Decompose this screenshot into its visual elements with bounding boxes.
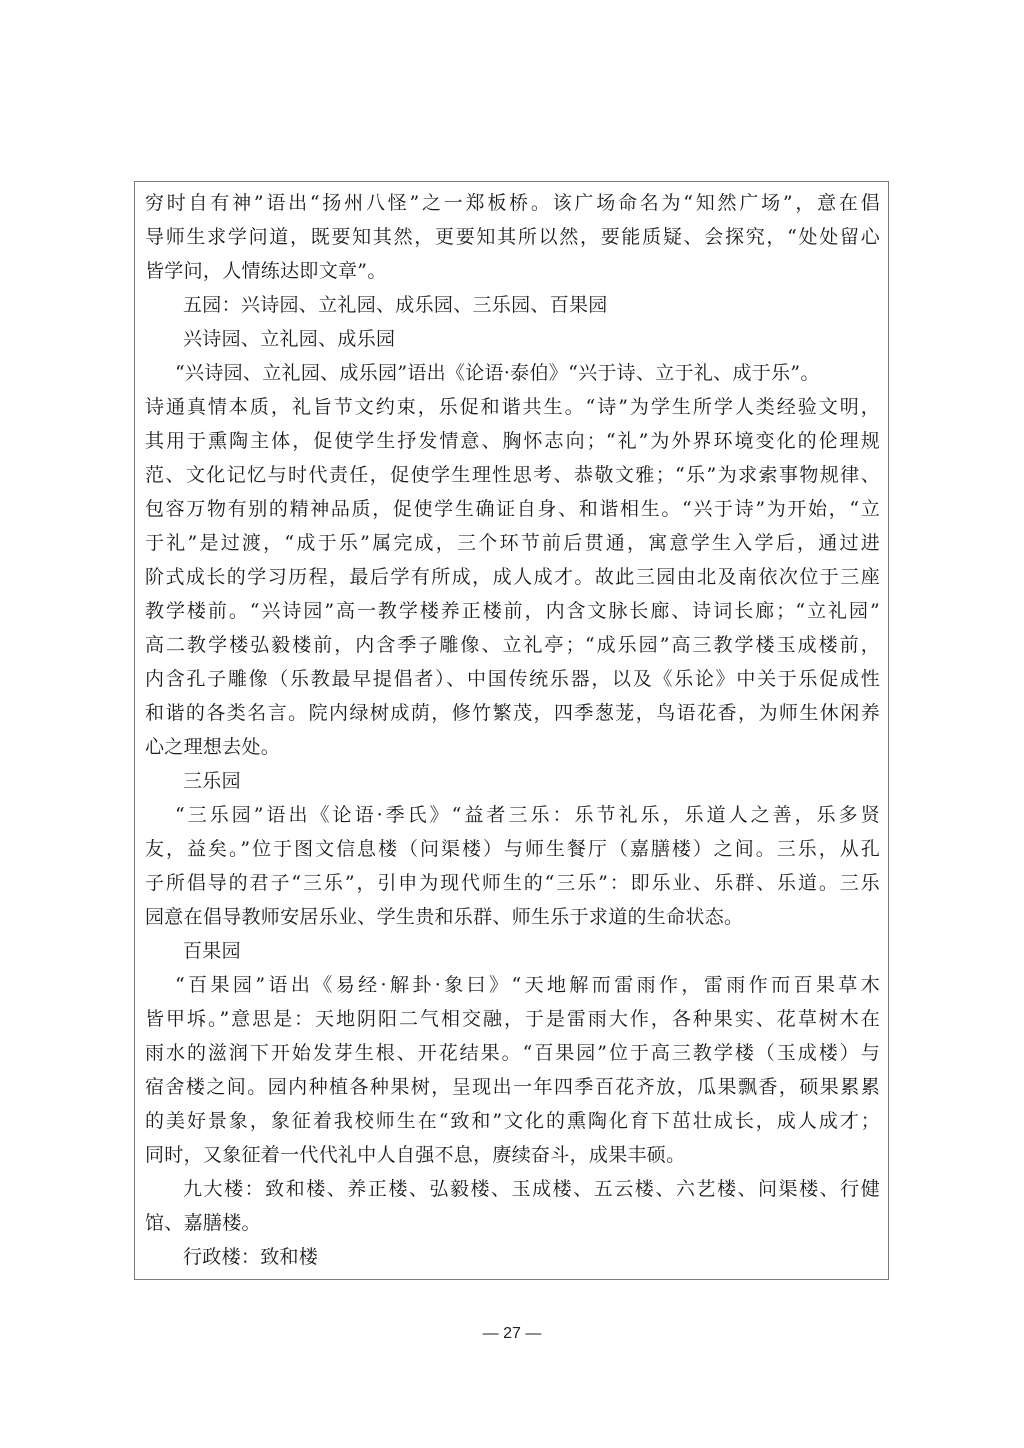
paragraph-line: 馆、嘉膳楼。 bbox=[145, 1206, 880, 1240]
paragraph-line: 导师生求学问道，既要知其然，更要知其所以然，要能质疑、会探究，“处处留心 bbox=[145, 220, 880, 254]
paragraph-line: 诗通真情本质，礼旨节文约束，乐促和谐共生。“诗”为学生所学人类经验文明， bbox=[145, 390, 880, 424]
paragraph-line: 心之理想去处。 bbox=[145, 730, 880, 764]
paragraph-line: 包容万物有别的精神品质，促使学生确证自身、和谐相生。“兴于诗”为开始，“立 bbox=[145, 492, 880, 526]
section-heading-three-gardens: 兴诗园、立礼园、成乐园 bbox=[145, 322, 880, 356]
paragraph-line: 范、文化记忆与时代责任，促使学生理性思考、恭敬文雅；“乐”为求索事物规律、 bbox=[145, 458, 880, 492]
paragraph-line: 子所倡导的君子“三乐”，引申为现代师生的“三乐”：即乐业、乐群、乐道。三乐 bbox=[145, 866, 880, 900]
page-number: — 27 — bbox=[0, 1325, 1024, 1343]
paragraph-line: “百果园”语出《易经·解卦·象曰》“天地解而雷雨作，雷雨作而百果草木 bbox=[145, 968, 880, 1002]
section-heading-baiguo-garden: 百果园 bbox=[145, 934, 880, 968]
paragraph-line: 宿舍楼之间。园内种植各种果树，呈现出一年四季百花齐放，瓜果飘香，硕果累累 bbox=[145, 1070, 880, 1104]
paragraph-line: 园意在倡导教师安居乐业、学生贵和乐群、师生乐于求道的生命状态。 bbox=[145, 900, 880, 934]
section-heading-five-gardens: 五园：兴诗园、立礼园、成乐园、三乐园、百果园 bbox=[145, 288, 880, 322]
paragraph-line: 其用于熏陶主体，促使学生抒发情意、胸怀志向；“礼”为外界环境变化的伦理规 bbox=[145, 424, 880, 458]
paragraph-line: 友，益矣。”位于图文信息楼（问渠楼）与师生餐厅（嘉膳楼）之间。三乐，从孔 bbox=[145, 832, 880, 866]
paragraph-line: “兴诗园、立礼园、成乐园”语出《论语·泰伯》“兴于诗、立于礼、成于乐”。 bbox=[145, 356, 880, 390]
document-body: 穷时自有神”语出“扬州八怪”之一郑板桥。该广场命名为“知然广场”，意在倡 导师生… bbox=[145, 186, 880, 1274]
paragraph-line: 皆学问，人情练达即文章”。 bbox=[145, 254, 880, 288]
paragraph-line: 雨水的滋润下开始发芽生根、开花结果。“百果园”位于高三教学楼（玉成楼）与 bbox=[145, 1036, 880, 1070]
section-heading-admin-building: 行政楼：致和楼 bbox=[145, 1240, 880, 1274]
paragraph-line: 穷时自有神”语出“扬州八怪”之一郑板桥。该广场命名为“知然广场”，意在倡 bbox=[145, 186, 880, 220]
paragraph-line: 高二教学楼弘毅楼前，内含季子雕像、立礼亭；“成乐园”高三教学楼玉成楼前， bbox=[145, 628, 880, 662]
paragraph-line: 内含孔子雕像（乐教最早提倡者）、中国传统乐器，以及《乐论》中关于乐促成性 bbox=[145, 662, 880, 696]
paragraph-line: 同时，又象征着一代代礼中人自强不息，赓续奋斗，成果丰硕。 bbox=[145, 1138, 880, 1172]
paragraph-line: 的美好景象，象征着我校师生在“致和”文化的熏陶化育下茁壮成长，成人成才； bbox=[145, 1104, 880, 1138]
paragraph-line: “三乐园”语出《论语·季氏》“益者三乐：乐节礼乐，乐道人之善，乐多贤 bbox=[145, 798, 880, 832]
paragraph-line: 阶式成长的学习历程，最后学有所成，成人成才。故此三园由北及南依次位于三座 bbox=[145, 560, 880, 594]
section-heading-nine-buildings: 九大楼：致和楼、养正楼、弘毅楼、玉成楼、五云楼、六艺楼、问渠楼、行健 bbox=[145, 1172, 880, 1206]
paragraph-line: 教学楼前。“兴诗园”高一教学楼养正楼前，内含文脉长廊、诗词长廊；“立礼园” bbox=[145, 594, 880, 628]
paragraph-line: 皆甲坼。”意思是：天地阴阳二气相交融，于是雷雨大作，各种果实、花草树木在 bbox=[145, 1002, 880, 1036]
text-frame: 穷时自有神”语出“扬州八怪”之一郑板桥。该广场命名为“知然广场”，意在倡 导师生… bbox=[134, 181, 889, 1280]
paragraph-line: 于礼”是过渡，“成于乐”属完成，三个环节前后贯通，寓意学生入学后，通过进 bbox=[145, 526, 880, 560]
section-heading-sanle-garden: 三乐园 bbox=[145, 764, 880, 798]
paragraph-line: 和谐的各类名言。院内绿树成荫，修竹繁茂，四季葱茏，鸟语花香，为师生休闲养 bbox=[145, 696, 880, 730]
